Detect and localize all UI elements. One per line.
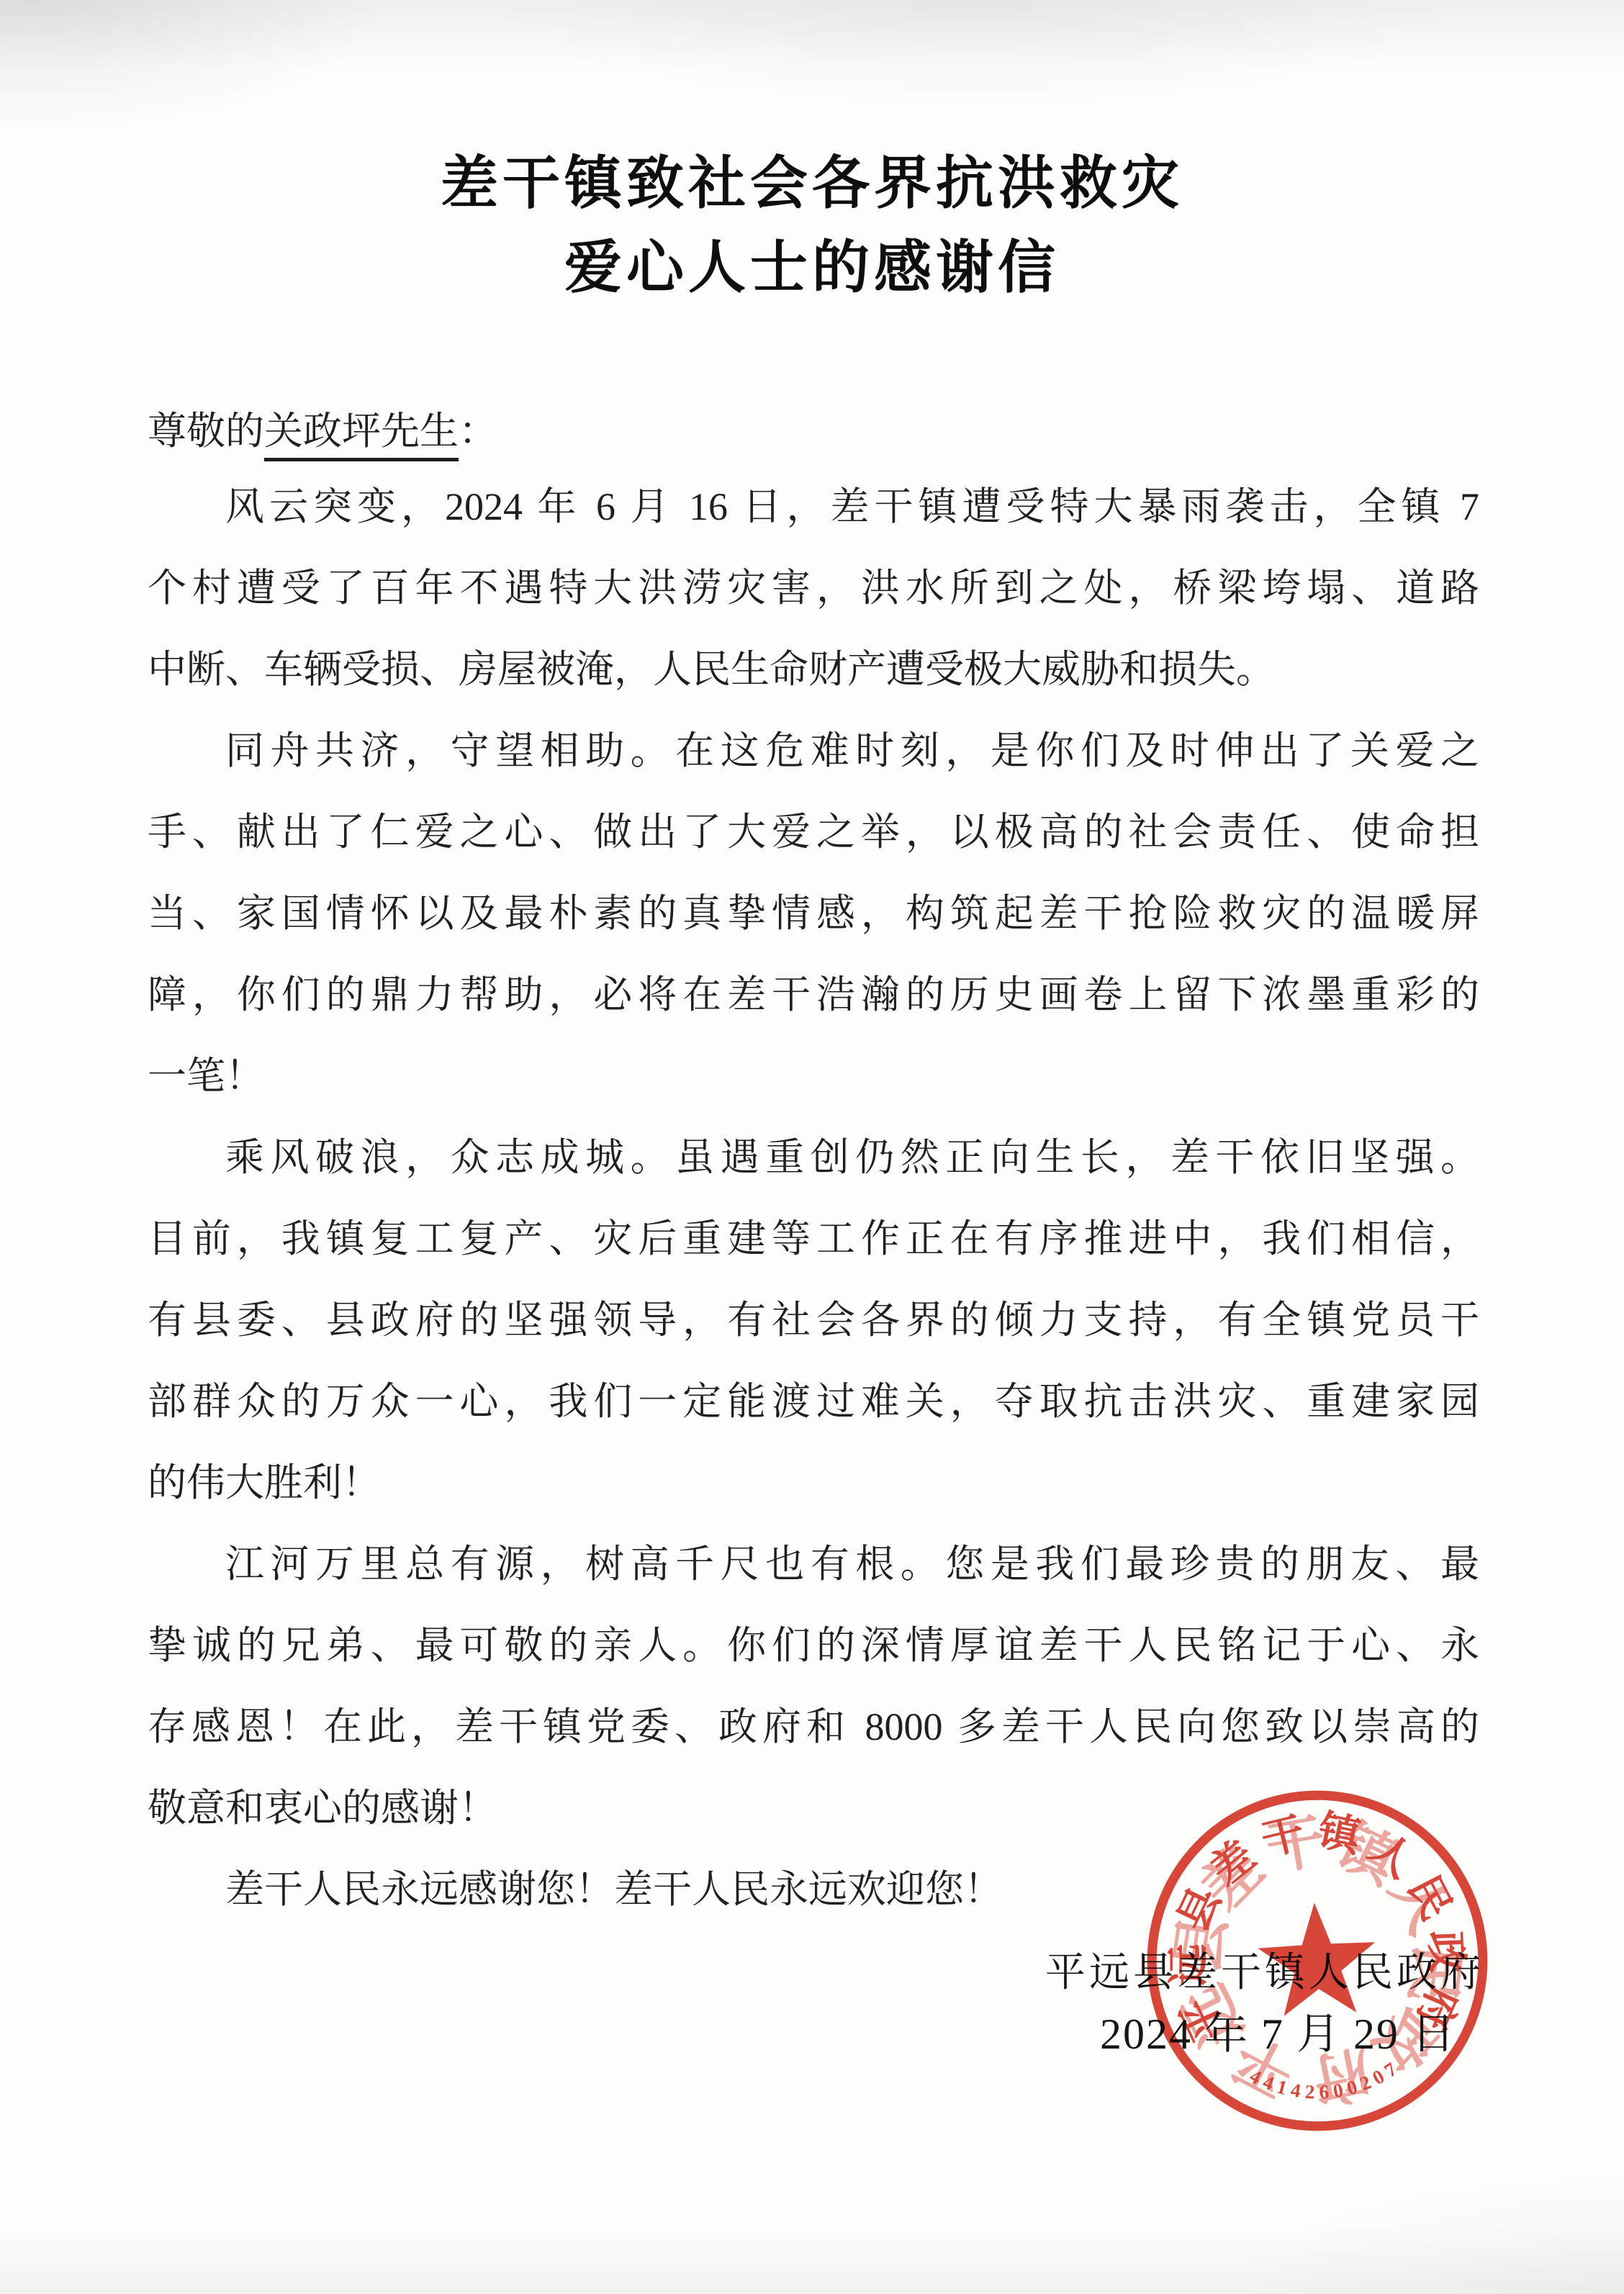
text-line: 部群众的万众一心，我们一定能渡过难关，夺取抗击洪灾、重建家园 — [148, 1361, 1479, 1442]
text-line: 障，你们的鼎力帮助，必将在差干浩瀚的历史画卷上留下浓墨重彩的 — [148, 954, 1479, 1036]
text-line: 手、献出了仁爱之心、做出了大爱之举，以极高的社会责任、使命担 — [148, 792, 1479, 873]
text-line: 个村遭受了百年不遇特大洪涝灾害，洪水所到之处，桥梁垮塌、道路 — [148, 548, 1479, 629]
text-line: 存感恩！在此，差干镇党委、政府和 8000 多差干人民向您致以崇高的 — [148, 1686, 1479, 1768]
title-line-1: 差干镇致社会各界抗洪救灾 — [0, 143, 1624, 227]
paragraph: 乘风破浪，众志成城。虽遇重创仍然正向生长，差干依旧坚强。目前，我镇复工复产、灾后… — [148, 1117, 1479, 1524]
salutation-colon: ： — [459, 410, 497, 453]
text-line: 敬意和衷心的感谢！ — [148, 1768, 1479, 1849]
text-line: 江河万里总有源，树高千尺也有根。您是我们最珍贵的朋友、最 — [148, 1524, 1479, 1605]
text-line: 差干人民永远感谢您！差干人民永远欢迎您！ — [148, 1849, 1479, 1931]
text-line: 目前，我镇复工复产、灾后重建等工作正在有序推进中，我们相信， — [148, 1198, 1479, 1280]
seal-serial-number: 44142600207 — [1245, 2055, 1407, 2108]
salutation-prefix: 尊敬的 — [148, 410, 264, 453]
text-line: 的伟大胜利！ — [148, 1442, 1479, 1524]
recipient-name: 关政坪先生 — [264, 410, 459, 461]
text-line: 有县委、县政府的坚强领导，有社会各界的倾力支持，有全镇党员干 — [148, 1280, 1479, 1361]
letter-page: 差干镇致社会各界抗洪救灾 爱心人士的感谢信 尊敬的关政坪先生： 风云突变，202… — [0, 0, 1624, 2294]
text-line: 风云突变，2024 年 6 月 16 日，差干镇遭受特大暴雨袭击，全镇 7 — [148, 466, 1479, 548]
signature-org: 平远县差干镇人民政府 — [1045, 1941, 1484, 1998]
title-line-2: 爱心人士的感谢信 — [0, 227, 1624, 311]
body-paragraphs: 风云突变，2024 年 6 月 16 日，差干镇遭受特大暴雨袭击，全镇 7个村遭… — [148, 466, 1479, 1931]
paragraph: 同舟共济，守望相助。在这危难时刻，是你们及时伸出了关爱之手、献出了仁爱之心、做出… — [148, 710, 1479, 1117]
text-line: 一笔！ — [148, 1036, 1479, 1117]
paragraph: 江河万里总有源，树高千尺也有根。您是我们最珍贵的朋友、最挚诚的兄弟、最可敬的亲人… — [148, 1524, 1479, 1849]
salutation: 尊敬的关政坪先生： — [148, 400, 497, 462]
letter-title: 差干镇致社会各界抗洪救灾 爱心人士的感谢信 — [0, 143, 1624, 311]
text-line: 乘风破浪，众志成城。虽遇重创仍然正向生长，差干依旧坚强。 — [148, 1117, 1479, 1198]
paragraph: 差干人民永远感谢您！差干人民永远欢迎您！ — [148, 1849, 1479, 1931]
text-line: 当、家国情怀以及最朴素的真挚情感，构筑起差干抢险救灾的温暖屏 — [148, 873, 1479, 954]
text-line: 挚诚的兄弟、最可敬的亲人。你们的深情厚谊差干人民铭记于心、永 — [148, 1605, 1479, 1686]
signature-date: 2024 年 7 月 29 日 — [1100, 2000, 1456, 2062]
text-line: 中断、车辆受损、房屋被淹，人民生命财产遭受极大威胁和损失。 — [148, 629, 1479, 710]
text-line: 同舟共济，守望相助。在这危难时刻，是你们及时伸出了关爱之 — [148, 710, 1479, 792]
paragraph: 风云突变，2024 年 6 月 16 日，差干镇遭受特大暴雨袭击，全镇 7个村遭… — [148, 466, 1479, 710]
seal-serial-arc: 44142600207 — [1245, 2055, 1407, 2108]
